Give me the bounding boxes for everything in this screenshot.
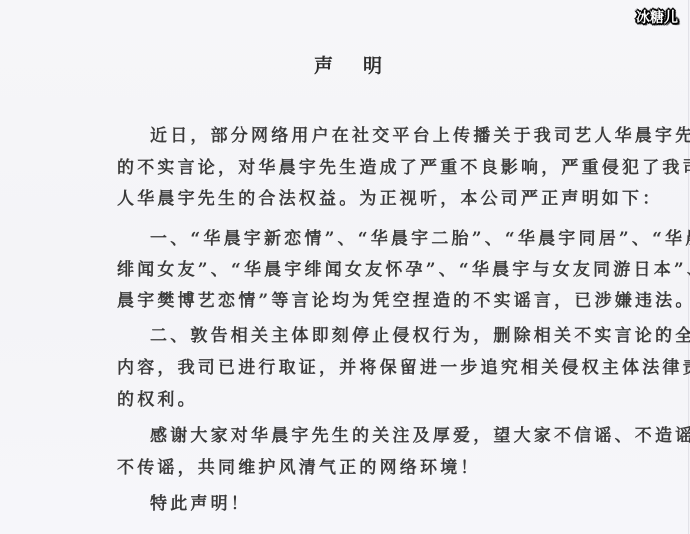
paragraph-thanks-line-2: 不传谣，共同维护风清气正的网络环境！ — [117, 457, 481, 479]
paragraph-item-2-line-2: 内容，我司已进行取证，并将保留进一步追究相关侵权主体法律责任 — [117, 357, 690, 379]
paragraph-item-1-line-3: 晨宇樊博艺恋情”等言论均为凭空捏造的不实谣言，已涉嫌违法。 — [117, 290, 690, 312]
document-page: 冰糖儿 声明 近日，部分网络用户在社交平台上传播关于我司艺人华晨宇先生 的不实言… — [0, 0, 689, 534]
paragraph-intro-line-1: 近日，部分网络用户在社交平台上传播关于我司艺人华晨宇先生 — [150, 125, 690, 147]
paragraph-thanks-line-1: 感谢大家对华晨宇先生的关注及厚爱，望大家不信谣、不造谣、 — [150, 425, 690, 447]
document-title: 声明 — [0, 51, 690, 78]
watermark: 冰糖儿 — [636, 7, 678, 27]
paragraph-intro-line-3: 人华晨宇先生的合法权益。为正视听，本公司严正声明如下： — [117, 188, 662, 210]
paragraph-intro-line-2: 的不实言论，对华晨宇先生造成了严重不良影响，严重侵犯了我司艺 — [117, 157, 690, 179]
paragraph-item-2-line-3: 的权利。 — [117, 389, 198, 411]
paragraph-item-2-line-1: 二、敦告相关主体即刻停止侵权行为，删除相关不实言论的全部 — [150, 325, 690, 347]
paragraph-item-1-line-1: 一、“华晨宇新恋情”、“华晨宇二胎”、“华晨宇同居”、“华晨宇 — [150, 228, 690, 250]
paragraph-item-1-line-2: 绯闻女友”、“华晨宇绯闻女友怀孕”、“华晨宇与女友同游日本”、“华 — [117, 259, 690, 281]
closing-statement: 特此声明！ — [150, 493, 251, 515]
